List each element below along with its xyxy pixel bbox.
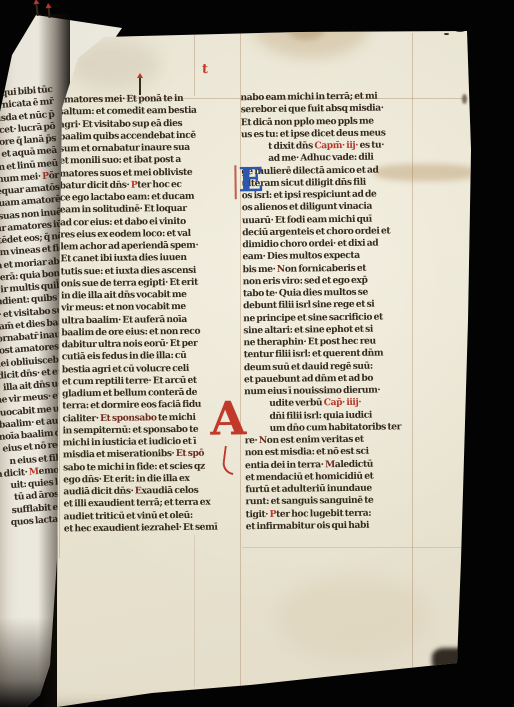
text-segment: ce ego lactabo eam: et ducam: [60, 191, 195, 204]
text-segment: ego dn̄s· Et erit: in die illa ex: [63, 473, 189, 486]
text-segment: batur dicit dn̄s·: [60, 179, 131, 191]
text-segment: et mendaciū et homicidiū et: [245, 470, 373, 483]
text-segment: on est enim veritas et: [267, 434, 364, 446]
text-segment: bestia agri et cū volucre celi: [62, 362, 189, 375]
text-segment: agri· Et visitabo sup eā dies: [59, 117, 182, 130]
text-segment: furtū et adulteriū inundaue: [245, 483, 372, 496]
text-segment: ultra baalim· Et auferā noīa: [61, 313, 187, 326]
manuscript-photo: qui bibi tūca fornicata ē mr̄nisda et nū…: [0, 0, 514, 707]
text-segment: on fornicaberis et: [285, 262, 366, 274]
text-segment: entia dei in terra·: [245, 459, 325, 471]
text-segment: baalim de ore eius: et non reco: [61, 325, 200, 338]
text-segment: tabo te· Quia dies multos se: [243, 287, 368, 300]
text-segment: nabo eam michi in terrā; et mi: [240, 91, 377, 104]
text-segment: et cum reptili terre· Et arcū et: [62, 375, 197, 388]
text-segment: non est misdia: et nō est sci: [245, 446, 369, 459]
text-segment: ad me· Adhuc vade: dili: [268, 152, 373, 164]
text-segment: matores suos et mei obliviste: [59, 166, 192, 179]
text-segment: baalim quibs accendebat incē: [59, 130, 196, 143]
text-segment: cialiter·: [62, 412, 100, 423]
text-segment: Et spō: [176, 448, 204, 459]
text-segment: audiet triticū et vinū et oleū:: [64, 509, 193, 522]
text-segment: et illi exaudient terrā; et terra ex: [63, 497, 210, 510]
text-segment: cutiā eis fedus in die illa: cū: [62, 350, 187, 363]
text-segment: eam· Dies multos expecta: [242, 250, 359, 262]
text-segment: tigit·: [246, 508, 270, 519]
text-line: deciū argenteis et choro ordei et: [242, 225, 414, 239]
text-segment: M: [325, 459, 335, 470]
text-segment: xaudiā celos: [141, 485, 198, 497]
rubricated-initial-A: A: [210, 395, 246, 441]
text-segment: Et sponsabo: [100, 412, 157, 424]
text-segment: in sempiternū: et sponsabo te: [63, 424, 199, 437]
text-segment: lem achor ad aperiendā spem·: [60, 240, 198, 253]
text-segment: uuarū· Et fodi eam michi quī: [242, 213, 372, 226]
text-segment: sum et ornabatur inaure sua: [59, 142, 190, 155]
text-segment: Et canet ibi iuxta dies iuuen: [60, 252, 186, 265]
text-segment: num eius ī nouissimo dierum·: [244, 385, 380, 398]
text-segment: et infirmabitur ois qui habi: [246, 519, 369, 532]
manuscript-page: t amatores mei· Et ponā te insaltum: et …: [0, 0, 514, 707]
text-segment: te michi: [156, 411, 195, 422]
text-segment: in die illa ait dn̄s vocabit me: [61, 289, 187, 302]
text-segment: Et dicā non pplo meo ppls me: [241, 115, 374, 128]
text-segment: um dn̄o cum habitatoribs ter: [269, 421, 401, 434]
text-segment: amatores mei· Et ponā te in: [58, 93, 183, 106]
text-segment: ad cor eius: et dabo ei vinito: [60, 215, 186, 228]
text-segment: eam in solitudinē· Et loquar: [60, 203, 187, 216]
text-segment: ne theraphin· Et post hec reu: [243, 336, 375, 349]
text-segment: bis me·: [243, 263, 277, 274]
illuminated-initial-E: E: [238, 163, 264, 196]
text-segment: non eris viro: sed et ego exp̄: [243, 274, 368, 287]
text-segment: udite verbū: [269, 397, 324, 409]
text-segment: sabo te michi in fide: et scies qz: [63, 460, 205, 473]
text-line: et hec exaudient iezrahel· Et semī: [64, 521, 243, 535]
text-segment: tentur filii isrl: et querent dn̄m: [244, 348, 384, 361]
text-segment: aledictū: [335, 458, 373, 469]
right-text-column: nabo eam michi in terrā; et miserebor ei…: [240, 90, 417, 533]
text-segment: Cap̄· iiij·: [324, 397, 362, 408]
left-text-column: amatores mei· Et ponā te insaltum: et co…: [58, 92, 242, 535]
text-segment: ter hoc ec: [137, 179, 181, 191]
text-segment: a dicit·: [0, 466, 29, 479]
text-segment: debunt filii isrl sine rege et si: [243, 299, 374, 312]
text-segment: es tu·: [358, 139, 384, 150]
text-segment: deciū argenteis et choro ordei et: [242, 225, 390, 238]
text-segment: re·: [245, 435, 259, 446]
text-line: um dn̄o cum habitatoribs ter: [245, 421, 417, 435]
text-segment: tutis sue: et iuxta dies ascensi: [61, 264, 196, 277]
text-segment: onis sue de terra egipti· Et erit: [61, 277, 198, 290]
text-segment: serebor ei que fuit absq misdia·: [241, 103, 384, 116]
text-segment: runt: et sanguis sanguinē te: [245, 495, 373, 508]
text-segment: gladium et bellum conterā de: [62, 387, 197, 400]
text-segment: t dixit dn̄s: [268, 140, 314, 152]
text-line: et infirmabitur ois qui habi: [246, 519, 418, 533]
text-segment: ne principe et sine sacrificio et: [243, 311, 383, 324]
text-segment: os alienos et diligunt vinacia: [242, 201, 372, 214]
text-segment: dn̄i filii isrl: quia iudici: [269, 409, 372, 421]
text-segment: dabitur ultra nois eorū· Et per: [61, 338, 197, 351]
text-segment: us es tu: et ipse dicet deus meus: [241, 127, 386, 140]
text-segment: et monili suo: et ibat post a: [59, 154, 181, 166]
text-segment: et hec exaudient iezrahel· Et semī: [64, 521, 218, 534]
text-segment: deum suū et dauid regē suū:: [244, 360, 373, 373]
text-segment: sine altari: et sine ephot et si: [243, 323, 373, 336]
text-segment: dimidio choro ordei· et dixi ad: [242, 238, 378, 251]
text-segment: et pauebunt ad dn̄m et ad bo: [244, 372, 373, 385]
text-segment: misdia et miserationibs·: [63, 448, 176, 460]
text-segment: vir meus: et non vocabit me: [61, 301, 186, 314]
text-segment: audiā dicit dn̄s·: [63, 486, 135, 498]
text-block: amatores mei· Et ponā te insaltum: et co…: [0, 0, 514, 707]
text-segment: res eius ex eodem loco: et val: [60, 228, 191, 241]
text-segment: saltum: et comedit eam bestia: [59, 105, 197, 118]
text-segment: Capm̄· iij·: [314, 140, 358, 152]
text-segment: terra: et dormire eos faciā fidu: [62, 399, 201, 412]
text-segment: ter hoc lugebit terra:: [276, 507, 371, 519]
text-segment: michi in iusticia et iudicio et ī: [63, 436, 196, 449]
text-segment: N: [259, 435, 267, 446]
